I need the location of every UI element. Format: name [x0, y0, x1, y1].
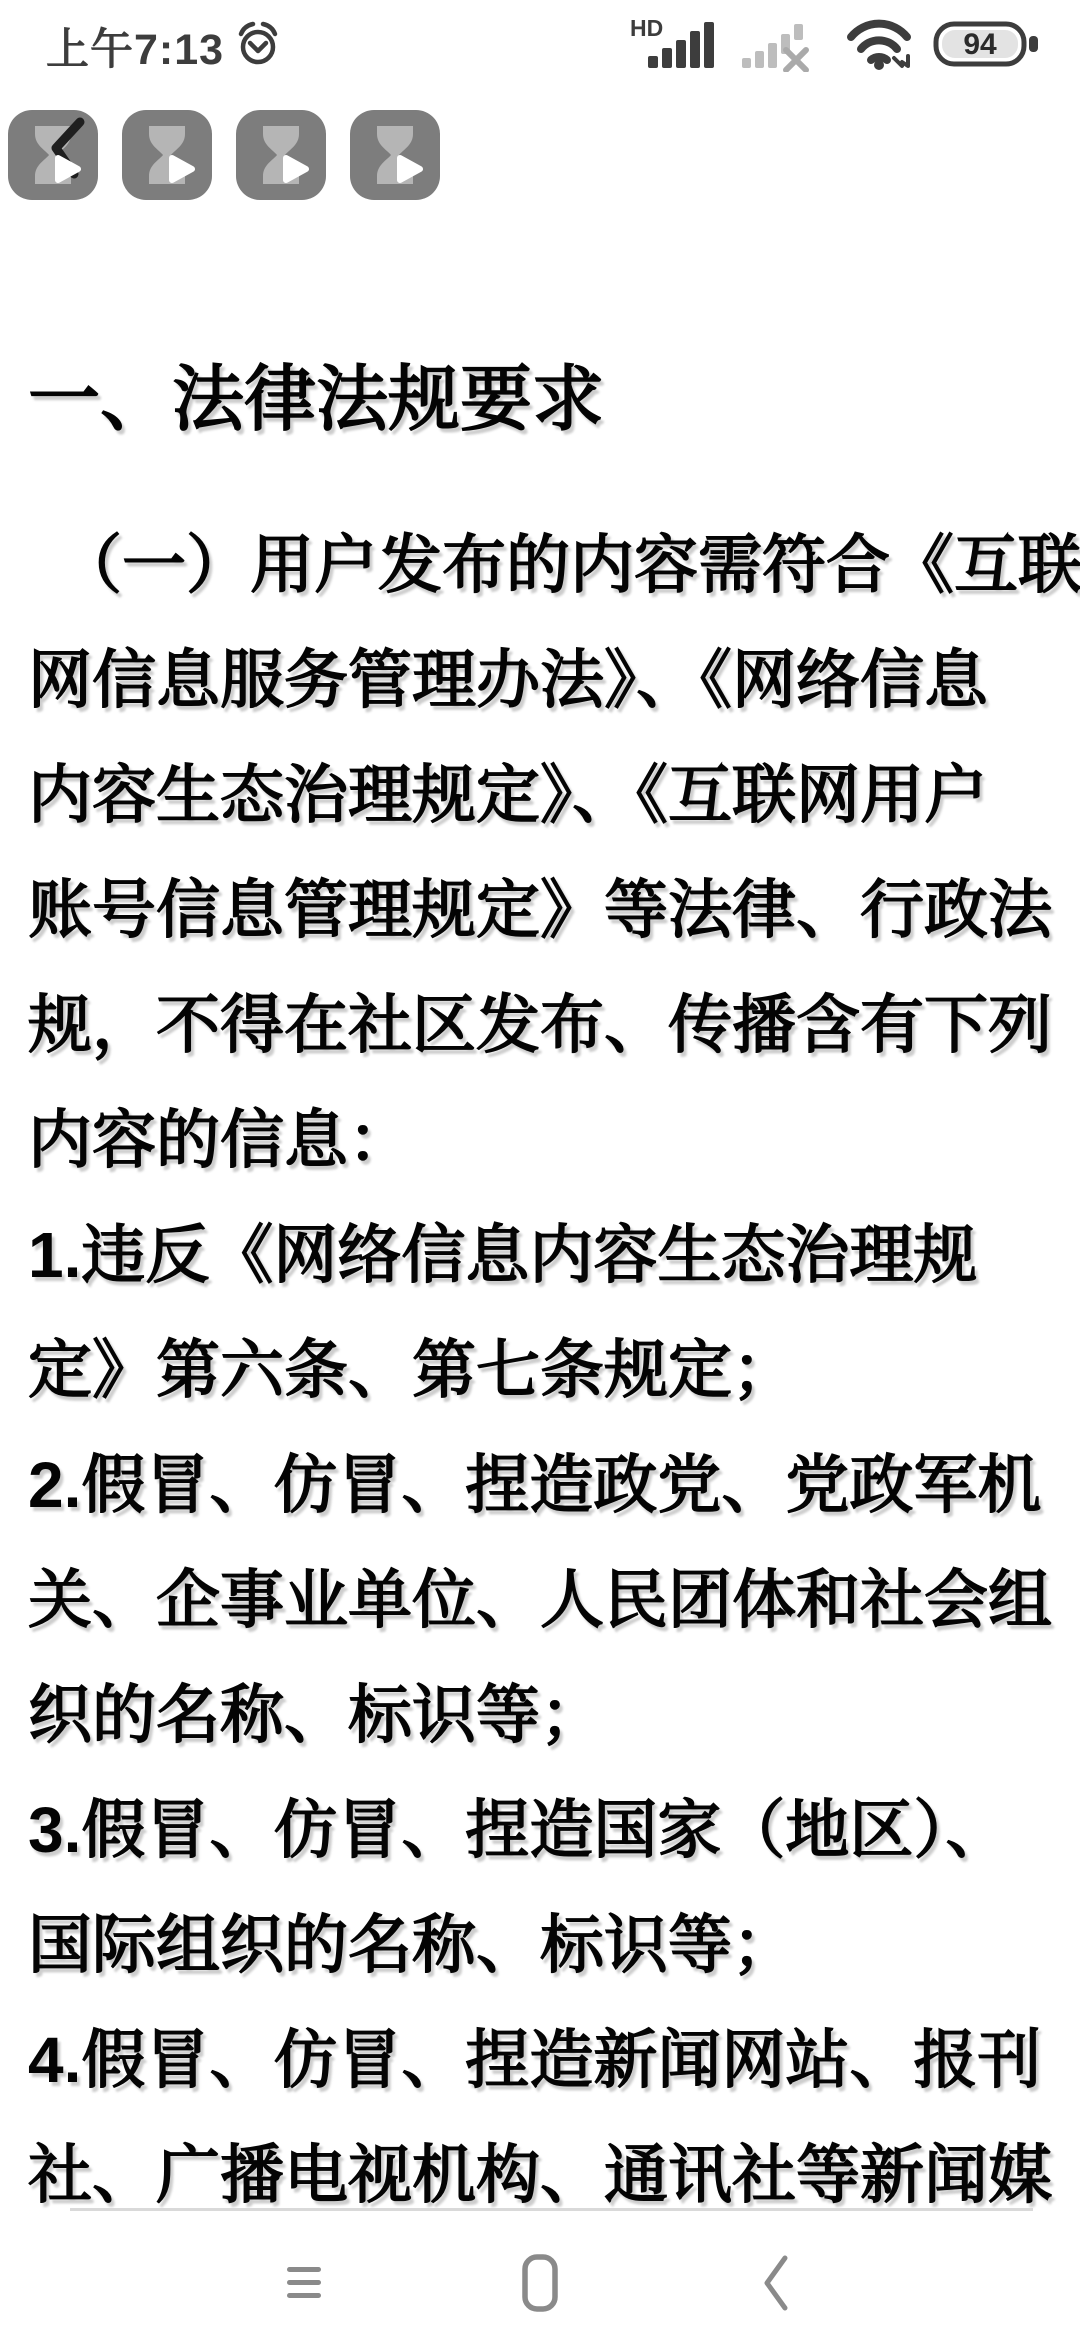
recents-icon: [284, 2261, 324, 2305]
document-line: 规，不得在社区发布、传播含有下列: [28, 968, 1058, 1083]
document-line: 社、广播电视机构、通讯社等新闻媒: [28, 2118, 1058, 2233]
battery-icon: 94: [932, 16, 1042, 77]
svg-text:94: 94: [963, 28, 997, 61]
document-line: 1.违反《网络信息内容生态治理规: [28, 1198, 1058, 1313]
clock-time: 上午7:13: [46, 16, 224, 77]
document-line: 织的名称、标识等；: [28, 1658, 1058, 1773]
recents-button[interactable]: [276, 2253, 332, 2313]
floating-button-1[interactable]: [8, 110, 98, 200]
svg-text:HD: HD: [630, 16, 663, 41]
home-icon: [520, 2253, 560, 2313]
document-line: 4.假冒、仿冒、捏造新闻网站、报刊: [28, 2003, 1058, 2118]
alarm-clock-icon: [234, 20, 282, 73]
back-icon: [761, 2253, 791, 2313]
document-line: 定》第六条、第七条规定；: [28, 1313, 1058, 1428]
play-icon: [286, 158, 306, 180]
document-heading: 一、法律法规要求: [28, 343, 1058, 458]
play-icon: [400, 158, 420, 180]
navigation-bar: [0, 2225, 1080, 2340]
document-line: 网信息服务管理办法》、《网络信息: [28, 623, 1058, 738]
signal-strength-full-icon: HD: [630, 16, 726, 77]
floating-button-row: [8, 110, 440, 200]
content-bottom-divider: [70, 2208, 1033, 2211]
status-left: 上午7:13: [46, 16, 282, 77]
back-button[interactable]: [748, 2253, 804, 2313]
wifi-icon: [846, 16, 916, 77]
status-right: HD: [630, 16, 1042, 77]
document-line: 3.假冒、仿冒、捏造国家（地区）、: [28, 1773, 1058, 1888]
document-line: 国际组织的名称、标识等；: [28, 1888, 1058, 2003]
document-line: （一）用户发布的内容需符合《互联: [28, 508, 1058, 623]
status-bar: 上午7:13 HD: [0, 0, 1080, 92]
document-content: 一、法律法规要求 （一）用户发布的内容需符合《互联 网信息服务管理办法》、《网络…: [28, 343, 1058, 2233]
document-line: 内容的信息：: [28, 1083, 1058, 1198]
document-line: 2.假冒、仿冒、捏造政党、党政军机: [28, 1428, 1058, 1543]
home-button[interactable]: [512, 2253, 568, 2313]
floating-button-2[interactable]: [122, 110, 212, 200]
play-icon: [172, 158, 192, 180]
document-line: 关、企事业单位、人民团体和社会组: [28, 1543, 1058, 1658]
floating-button-4[interactable]: [350, 110, 440, 200]
document-line: 内容生态治理规定》、《互联网用户: [28, 738, 1058, 853]
signal-disabled-x-icon: [742, 16, 830, 77]
document-line: 账号信息管理规定》等法律、行政法: [28, 853, 1058, 968]
floating-button-3[interactable]: [236, 110, 326, 200]
document-body: （一）用户发布的内容需符合《互联 网信息服务管理办法》、《网络信息 内容生态治理…: [28, 508, 1058, 2233]
